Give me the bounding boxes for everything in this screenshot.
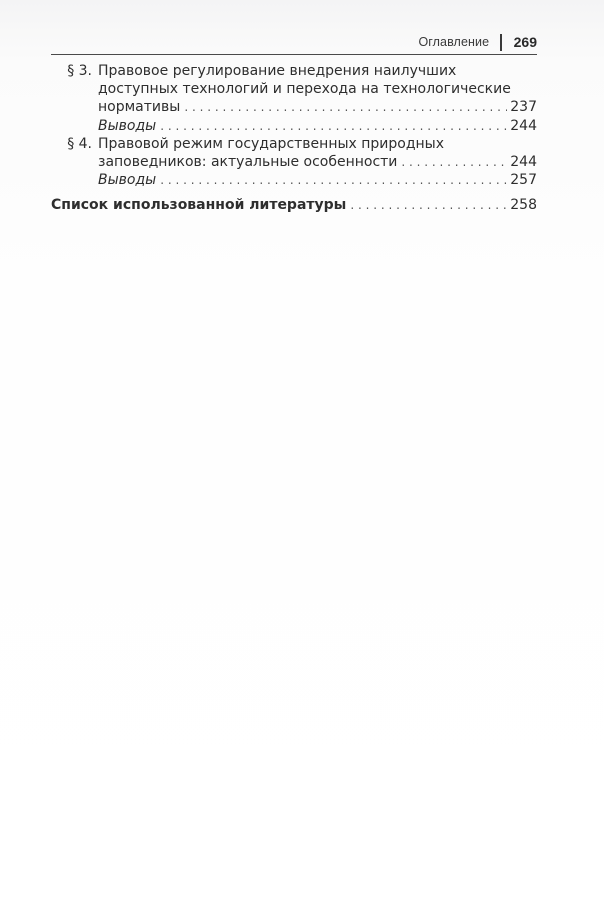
dot-leader xyxy=(184,98,507,116)
toc-subentry-conclusions[interactable]: Выводы 244 xyxy=(98,117,537,135)
toc-subentry-page: 244 xyxy=(510,117,537,135)
toc-subentry-title: Выводы xyxy=(98,117,156,135)
blank-page-area xyxy=(0,230,604,900)
toc-subentry-page: 257 xyxy=(510,171,537,189)
toc-entry-bibliography[interactable]: Список использованной литературы 258 xyxy=(51,196,537,214)
running-header-section-title: Оглавление xyxy=(418,35,489,49)
toc-entry-title-line: Правовой режим государственных природных xyxy=(98,135,444,153)
dot-leader xyxy=(160,171,507,189)
running-header-page-number: 269 xyxy=(514,34,537,50)
toc-subentry-title: Выводы xyxy=(98,171,156,189)
toc-entry-page: 237 xyxy=(510,98,537,116)
toc-entry-number: § 3. xyxy=(45,62,98,135)
toc-entry-section-3[interactable]: § 3. Правовое регулирование внедрения на… xyxy=(51,62,537,135)
toc-subentry-conclusions[interactable]: Выводы 257 xyxy=(98,171,537,189)
toc-entry-title-line: нормативы xyxy=(98,98,180,116)
running-header: Оглавление 269 xyxy=(51,30,537,54)
table-of-contents: § 3. Правовое регулирование внедрения на… xyxy=(51,62,537,215)
toc-bibliography-title: Список использованной литературы xyxy=(51,196,346,214)
toc-entry-number: § 4. xyxy=(45,135,98,190)
dot-leader xyxy=(350,196,507,214)
header-rule xyxy=(51,54,537,55)
dot-leader xyxy=(160,117,507,135)
toc-entry-page: 244 xyxy=(510,153,537,171)
toc-entry-section-4[interactable]: § 4. Правовой режим государственных прир… xyxy=(51,135,537,190)
toc-entry-title-line: доступных технологий и перехода на техно… xyxy=(98,80,511,98)
toc-entry-title-line: Правовое регулирование внедрения наилучш… xyxy=(98,62,456,80)
toc-entry-title-line: заповедников: актуальные особенности xyxy=(98,153,397,171)
running-header-separator xyxy=(500,34,502,51)
dot-leader xyxy=(401,153,507,171)
toc-bibliography-page: 258 xyxy=(510,196,537,214)
